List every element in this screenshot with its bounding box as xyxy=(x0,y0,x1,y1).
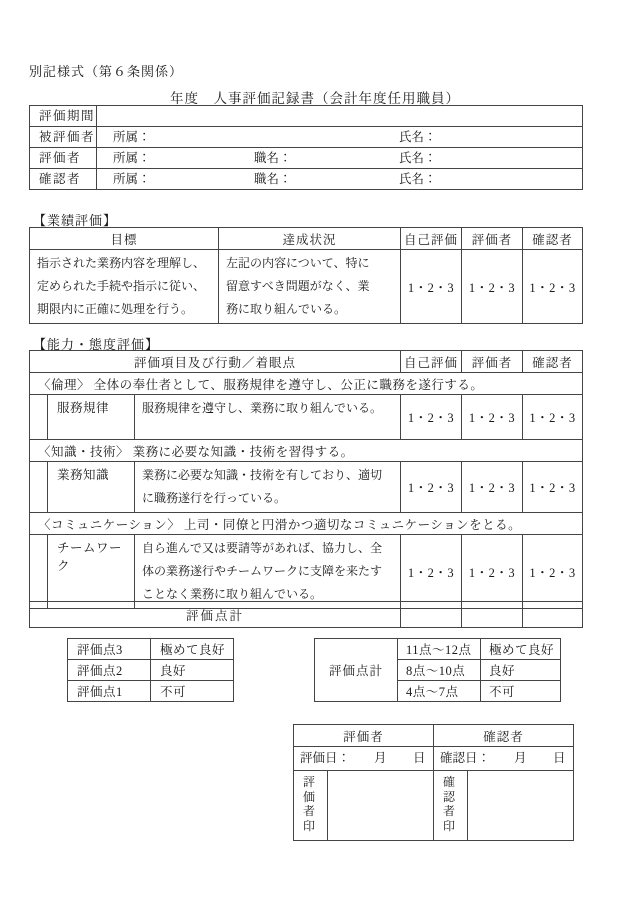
confirmer-stamp-label-cell: 確認者印 xyxy=(434,771,468,841)
status-text: 左記の内容について、特に 留意すべき問題がなく、業 務に取り組んでいる。 xyxy=(219,250,401,324)
confirmer-label: 確認者 xyxy=(30,169,97,190)
status-column-header: 達成状況 xyxy=(219,228,401,250)
evaluation-date-cell: 評価日： 月 日 xyxy=(294,747,434,771)
legend-range: 4点～7点 xyxy=(398,681,481,702)
evaluator-stamp-label: 評価者印 xyxy=(303,775,317,833)
evaluatee-fields-cell: 所属：氏名： xyxy=(97,127,583,148)
legend-label: 評価点1 xyxy=(68,681,151,702)
table-row: 被評価者 所属：氏名： xyxy=(30,127,583,148)
affiliation-label: 所属： xyxy=(113,127,399,147)
evaluator-score-scale: 1・2・3 xyxy=(462,535,523,609)
confirmation-date-label: 確認日： xyxy=(440,747,490,770)
signature-table: 評価者 確認者 評価日： 月 日 確認日： 月 日 評価者印 確認者印 xyxy=(293,724,574,841)
legend-value: 極めて良好 xyxy=(151,639,234,660)
evaluator-score-column-header: 評価者 xyxy=(462,351,523,373)
confirmation-date-cell: 確認日： 月 日 xyxy=(434,747,574,771)
item-row: チームワーク 自ら進んで又は要請等があれば、協力し、全 体の業務遂行やチームワー… xyxy=(30,535,583,609)
stamp-row: 評価者印 確認者印 xyxy=(294,771,574,841)
legend-range: 11点～12点 xyxy=(398,639,481,660)
table-header-row: 評価項目及び行動／着眼点 自己評価 評価者 確認者 xyxy=(30,351,583,373)
evaluator-stamp-label-cell: 評価者印 xyxy=(294,771,328,841)
self-score-scale: 1・2・3 xyxy=(401,535,462,609)
job-title-label: 職名： xyxy=(254,169,399,189)
name-label: 氏名： xyxy=(399,172,437,186)
affiliation-label: 所属： xyxy=(113,148,254,168)
evaluator-sign-header: 評価者 xyxy=(294,725,434,747)
table-row: 評価点1 不可 xyxy=(68,681,234,702)
confirmer-score-scale: 1・2・3 xyxy=(523,250,583,324)
item-label: 服務規律 xyxy=(48,395,135,440)
table-row: 確認者 所属：職名：氏名： xyxy=(30,169,583,190)
evaluator-score-column-header: 評価者 xyxy=(462,228,523,250)
name-label: 氏名： xyxy=(399,130,437,144)
total-self-score-cell xyxy=(401,602,462,628)
confirmer-sign-header: 確認者 xyxy=(434,725,574,747)
category-row: 〈知識・技術〉 業務に必要な知識・技術を習得する。 xyxy=(30,440,583,462)
goal-text: 指示された業務内容を理解し、 定められた手続や指示に従い、 期限内に正確に処理を… xyxy=(30,250,219,324)
form-style-note: 別記様式（第６条関係） xyxy=(29,61,183,80)
confirmer-score-scale: 1・2・3 xyxy=(523,395,583,440)
day-label: 日 xyxy=(553,747,566,770)
score-legend-table: 評価点3 極めて良好 評価点2 良好 評価点1 不可 xyxy=(67,638,234,702)
confirmer-fields-cell: 所属：職名：氏名： xyxy=(97,169,583,190)
month-label: 月 xyxy=(514,747,527,770)
gutter-cell xyxy=(30,462,48,513)
legend-label: 評価点2 xyxy=(68,660,151,681)
total-score-legend-table: 評価点計 11点～12点 極めて良好 8点～10点 良好 4点～7点 不可 xyxy=(314,638,561,702)
category-row: 〈倫理〉 全体の奉仕者として、服務規律を遵守し、公正に職務を遂行する。 xyxy=(30,373,583,395)
table-row: 指示された業務内容を理解し、 定められた手続や指示に従い、 期限内に正確に処理を… xyxy=(30,250,583,324)
gutter-cell xyxy=(30,535,48,609)
affiliation-label: 所属： xyxy=(113,169,254,189)
item-row: 業務知識 業務に必要な知識・技術を有しており、適切 に職務遂行を行っている。 1… xyxy=(30,462,583,513)
performance-table: 目標 達成状況 自己評価 評価者 確認者 指示された業務内容を理解し、 定められ… xyxy=(29,227,583,324)
day-label: 日 xyxy=(413,747,426,770)
legend-value: 良好 xyxy=(151,660,234,681)
goal-column-header: 目標 xyxy=(30,228,219,250)
evaluatee-info-table: 評価期間 被評価者 所属：氏名： 評価者 所属：職名：氏名： 確認者 所属：職名… xyxy=(29,105,583,190)
evaluator-stamp-box xyxy=(328,771,434,841)
table-header-row: 目標 達成状況 自己評価 評価者 確認者 xyxy=(30,228,583,250)
gutter-cell xyxy=(30,395,48,440)
evaluator-score-scale: 1・2・3 xyxy=(462,462,523,513)
item-label: チームワーク xyxy=(48,535,135,609)
legend-value: 不可 xyxy=(481,681,561,702)
evaluator-score-scale: 1・2・3 xyxy=(462,395,523,440)
evaluator-score-scale: 1・2・3 xyxy=(462,250,523,324)
legend-value: 良好 xyxy=(481,660,561,681)
legend-value: 不可 xyxy=(151,681,234,702)
total-score-table: 評価点計 xyxy=(29,601,583,628)
self-score-scale: 1・2・3 xyxy=(401,250,462,324)
total-legend-label: 評価点計 xyxy=(315,639,398,702)
confirmer-score-column-header: 確認者 xyxy=(523,228,583,250)
name-label: 氏名： xyxy=(399,151,437,165)
eval-period-value-cell xyxy=(97,106,583,127)
table-row: 評価期間 xyxy=(30,106,583,127)
legend-label: 評価点3 xyxy=(68,639,151,660)
item-behavior-text: 服務規律を遵守し、業務に取り組んでいる。 xyxy=(135,395,401,440)
table-row: 評価点3 極めて良好 xyxy=(68,639,234,660)
category-row: 〈コミュニケーション〉 上司・同僚と円滑かつ適切なコミュニケーションをとる。 xyxy=(30,513,583,535)
job-title-label: 職名： xyxy=(254,148,399,168)
table-row: 評価点計 11点～12点 極めて良好 xyxy=(315,639,561,660)
confirmer-score-scale: 1・2・3 xyxy=(523,462,583,513)
total-score-label: 評価点計 xyxy=(30,602,401,628)
table-row: 評価点2 良好 xyxy=(68,660,234,681)
item-label: 業務知識 xyxy=(48,462,135,513)
item-row: 服務規律 服務規律を遵守し、業務に取り組んでいる。 1・2・3 1・2・3 1・… xyxy=(30,395,583,440)
self-score-scale: 1・2・3 xyxy=(401,462,462,513)
legend-range: 8点～10点 xyxy=(398,660,481,681)
evaluator-fields-cell: 所属：職名：氏名： xyxy=(97,148,583,169)
date-row: 評価日： 月 日 確認日： 月 日 xyxy=(294,747,574,771)
table-header-row: 評価者 確認者 xyxy=(294,725,574,747)
ethics-category-text: 〈倫理〉 全体の奉仕者として、服務規律を遵守し、公正に職務を遂行する。 xyxy=(30,373,583,395)
total-confirmer-score-cell xyxy=(523,602,583,628)
self-score-column-header: 自己評価 xyxy=(401,228,462,250)
confirmer-score-scale: 1・2・3 xyxy=(523,535,583,609)
ability-table: 評価項目及び行動／着眼点 自己評価 評価者 確認者 〈倫理〉 全体の奉仕者として… xyxy=(29,350,583,609)
evaluatee-label: 被評価者 xyxy=(30,127,97,148)
self-score-column-header: 自己評価 xyxy=(401,351,462,373)
knowledge-category-text: 〈知識・技術〉 業務に必要な知識・技術を習得する。 xyxy=(30,440,583,462)
self-score-scale: 1・2・3 xyxy=(401,395,462,440)
confirmer-score-column-header: 確認者 xyxy=(523,351,583,373)
table-row: 評価者 所属：職名：氏名： xyxy=(30,148,583,169)
legend-value: 極めて良好 xyxy=(481,639,561,660)
evaluator-label: 評価者 xyxy=(30,148,97,169)
confirmer-stamp-box xyxy=(468,771,574,841)
eval-period-label: 評価期間 xyxy=(30,106,97,127)
ability-items-header: 評価項目及び行動／着眼点 xyxy=(30,351,401,373)
item-behavior-text: 自ら進んで又は要請等があれば、協力し、全 体の業務遂行やチームワークに支障を来た… xyxy=(135,535,401,609)
month-label: 月 xyxy=(374,747,387,770)
document-title: 年度 人事評価記録書（会計年度任用職員） xyxy=(0,87,630,107)
confirmer-stamp-label: 確認者印 xyxy=(443,775,457,833)
evaluation-date-label: 評価日： xyxy=(300,747,350,770)
total-evaluator-score-cell xyxy=(462,602,523,628)
table-row: 評価点計 xyxy=(30,602,583,628)
communication-category-text: 〈コミュニケーション〉 上司・同僚と円滑かつ適切なコミュニケーションをとる。 xyxy=(30,513,583,535)
item-behavior-text: 業務に必要な知識・技術を有しており、適切 に職務遂行を行っている。 xyxy=(135,462,401,513)
